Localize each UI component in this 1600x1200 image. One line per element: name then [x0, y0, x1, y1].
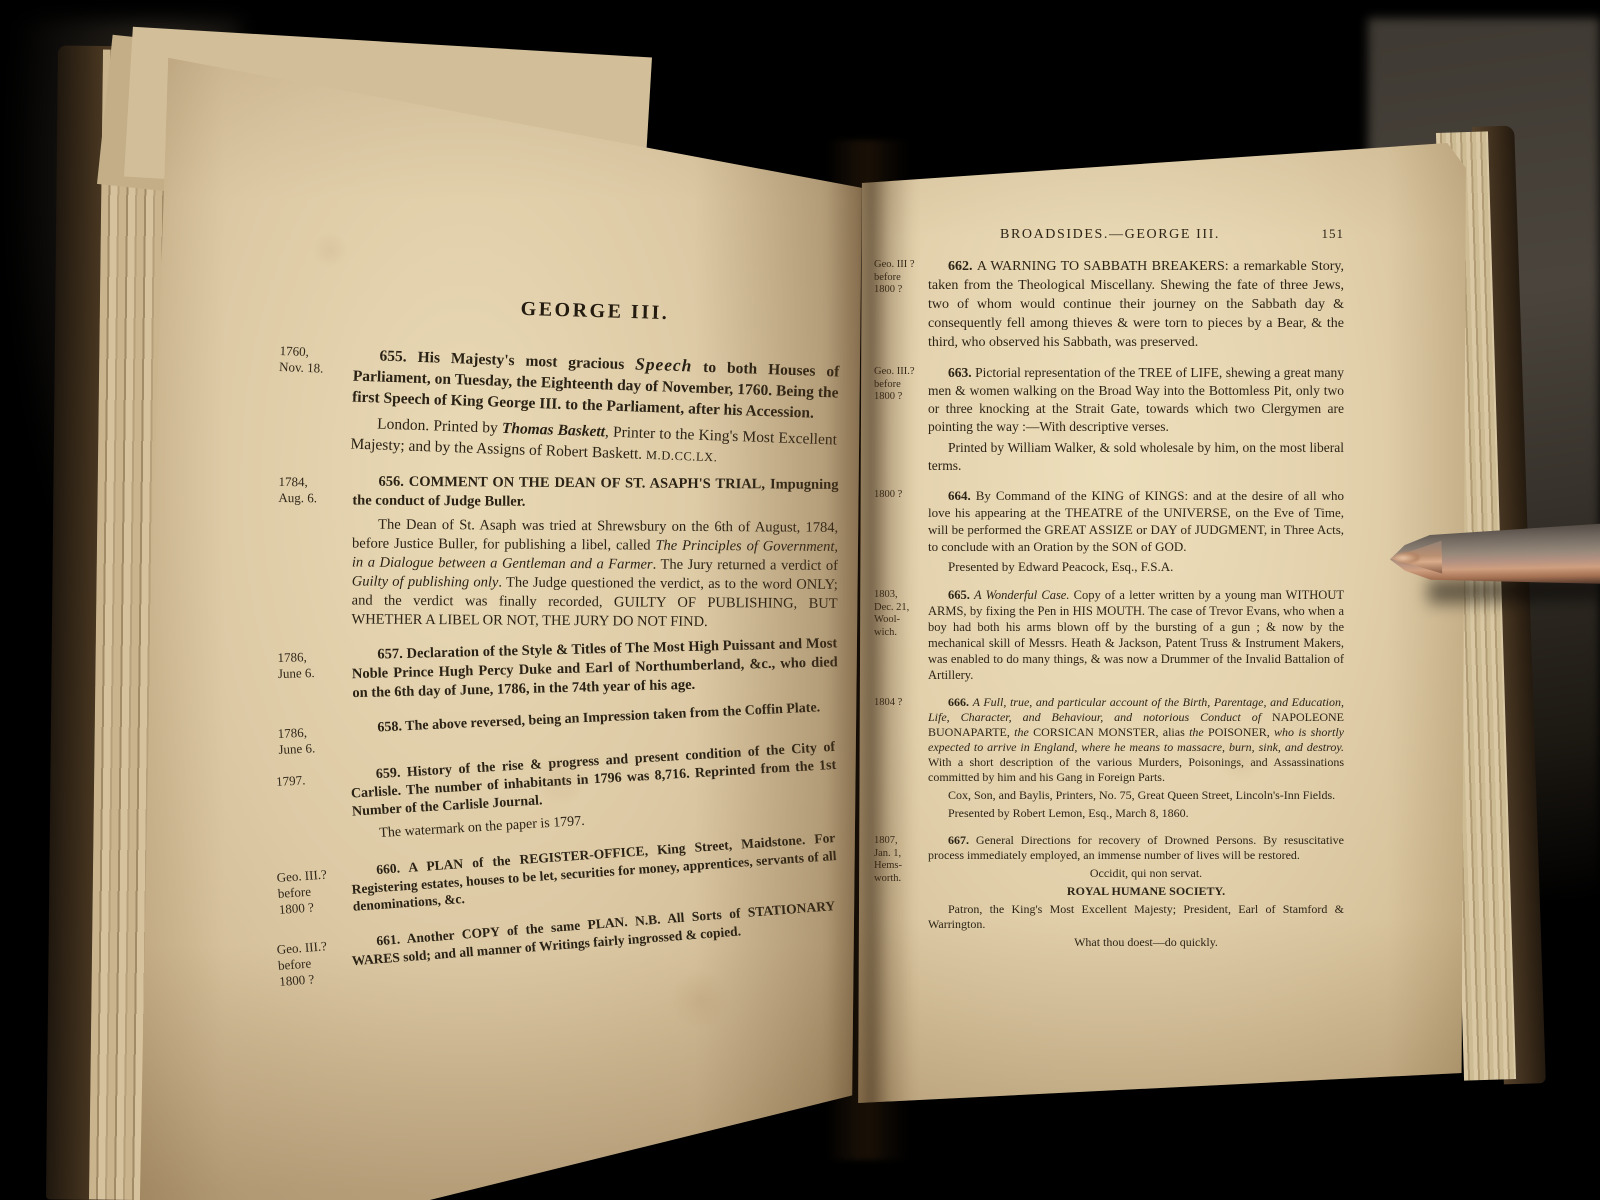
entry-margin-date: 1797. — [276, 768, 345, 854]
margin-line: 1800 ? — [278, 898, 343, 918]
text-segment: 655. — [379, 348, 418, 366]
margin-line: 1784, — [278, 474, 342, 490]
text-segment: , Printer to the King's Most Excellent M… — [350, 423, 837, 462]
catalog-entry: 1803,Dec. 21,Wool-wich. 665. A Wonderful… — [874, 587, 1344, 686]
text-segment: who is shortly expected to arrive in Eng… — [928, 725, 1344, 754]
text-segment: With a short description of the various … — [928, 755, 1344, 784]
text-segment: Presented by Robert Lemon, Esq., March 8… — [948, 806, 1189, 820]
text-segment: Printed by William Walker, & sold wholes… — [928, 440, 1344, 473]
text-segment: The watermark on the paper is 1797. — [379, 814, 585, 841]
text-segment: 662. — [948, 259, 977, 274]
text-segment: CORSICAN MONSTER, alias — [1029, 725, 1189, 739]
entry-body: 666. A Full, true, and particular accoun… — [928, 695, 1344, 824]
entry-paragraph: 659. History of the rise & progress and … — [349, 739, 837, 822]
entry-paragraph: 655. His Majesty's most gracious Speech … — [352, 344, 840, 425]
section-heading: GEORGE III. — [352, 293, 838, 330]
book-photograph: GEORGE III. 1760,Nov. 18. 655. His Majes… — [0, 0, 1600, 1200]
text-segment: General Directions for recovery of Drown… — [928, 833, 1344, 862]
text-segment: to both Houses of Parliament, on Tuesday… — [352, 358, 840, 421]
entry-body: 662. A WARNING TO SABBATH BREAKERS: a re… — [928, 257, 1344, 355]
running-header-row: BROADSIDES.—GEORGE III. 151 — [874, 226, 1344, 243]
entry-paragraph: 658. The above reversed, being an Impres… — [351, 699, 837, 739]
entry-paragraph: 667. General Directions for recovery of … — [928, 833, 1344, 863]
text-segment: By Command of the KING of KINGS: and at … — [928, 488, 1344, 554]
text-segment: The Dean of St. Asaph was tried at Shrew… — [352, 517, 838, 554]
entry-paragraph: Occidit, qui non servat. — [928, 866, 1344, 881]
entry-paragraph: 661. Another COPY of the same PLAN. N.B.… — [350, 897, 837, 969]
entry-margin-date: Geo. III.?before1800 ? — [276, 935, 344, 990]
margin-line: 1786, — [277, 723, 342, 742]
entry-margin-date: 1784,Aug. 6. — [277, 472, 342, 634]
text-segment: ROYAL HUMANE SOCIETY. — [1067, 884, 1225, 898]
entry-paragraph: The Dean of St. Asaph was tried at Shrew… — [351, 516, 838, 633]
text-segment: 656. COMMENT ON THE DEAN OF ST. ASAPH'S … — [352, 474, 838, 510]
entry-body: 656. COMMENT ON THE DEAN OF ST. ASAPH'S … — [351, 473, 838, 638]
text-segment: 661. Another COPY of the same PLAN. N.B.… — [351, 898, 835, 968]
margin-line: before — [277, 953, 342, 974]
entry-paragraph: 656. COMMENT ON THE DEAN OF ST. ASAPH'S … — [352, 473, 838, 514]
text-segment: A Wonderful Case. — [974, 588, 1069, 602]
catalog-entry: 1786,June 6. 657. Declaration of the Sty… — [277, 634, 838, 710]
entry-paragraph: London. Printed by Thomas Baskett, Print… — [350, 413, 837, 473]
catalog-entry: Geo. III.?before1800 ? 663. Pictorial re… — [874, 364, 1344, 478]
entry-paragraph: 665. A Wonderful Case. Copy of a letter … — [928, 587, 1344, 683]
page-number: 151 — [1300, 226, 1344, 242]
entry-margin-date: 1786,June 6. — [277, 721, 342, 758]
text-segment: 659. History of the rise & progress and … — [351, 740, 837, 820]
right-page-text: BROADSIDES.—GEORGE III. 151 Geo. III ?be… — [874, 226, 1344, 962]
margin-line: Nov. 18. — [279, 359, 344, 377]
entry-body: 661. Another COPY of the same PLAN. N.B.… — [350, 897, 838, 984]
entry-paragraph: Presented by Robert Lemon, Esq., March 8… — [928, 806, 1344, 821]
text-segment: Speech — [635, 354, 693, 375]
entry-paragraph: 657. Declaration of the Style & Titles o… — [351, 634, 838, 703]
text-segment: . The Jury returned a verdict of — [653, 557, 838, 574]
text-segment: 665. — [948, 588, 974, 602]
text-segment: What thou doest—do quickly. — [1074, 935, 1218, 949]
margin-line: 1786, — [277, 648, 341, 666]
entry-body: 665. A Wonderful Case. Copy of a letter … — [928, 587, 1344, 686]
text-segment: . The Judge questioned the verdict, as t… — [351, 575, 837, 630]
entry-paragraph: 660. A PLAN of the REGISTER-OFFICE, King… — [350, 829, 838, 915]
text-segment: Pictorial representation of the TREE of … — [928, 365, 1344, 434]
entry-body: 658. The above reversed, being an Impres… — [351, 699, 838, 755]
text-segment: Cox, Son, and Baylis, Printers, No. 75, … — [948, 788, 1335, 802]
entry-body: 655. His Majesty's most gracious Speech … — [350, 344, 840, 478]
margin-line: June 6. — [278, 739, 343, 758]
text-segment: A WARNING TO SABBATH BREAKERS: a remarka… — [928, 259, 1344, 350]
margin-line: 1760, — [279, 343, 344, 361]
entry-paragraph: 662. A WARNING TO SABBATH BREAKERS: a re… — [928, 257, 1344, 352]
entry-margin-date: 1760,Nov. 18. — [276, 341, 344, 460]
entry-body: 664. By Command of the KING of KINGS: an… — [928, 487, 1344, 578]
margin-line: June 6. — [278, 664, 342, 682]
right-page: BROADSIDES.—GEORGE III. 151 Geo. III ?be… — [852, 118, 1474, 1118]
margin-line: 1797. — [276, 770, 341, 790]
entry-paragraph: What thou doest—do quickly. — [928, 935, 1344, 950]
text-segment: 663. — [948, 365, 975, 380]
running-header: BROADSIDES.—GEORGE III. — [928, 227, 1292, 243]
entry-paragraph: 663. Pictorial representation of the TRE… — [928, 364, 1344, 436]
catalog-entry: Geo. III.?before1800 ? 660. A PLAN of th… — [276, 829, 839, 925]
entry-margin-date: 1786,June 6. — [277, 646, 342, 710]
right-page-entries: Geo. III ?before1800 ? 662. A WARNING TO… — [874, 257, 1344, 953]
entry-paragraph: Patron, the King's Most Excellent Majest… — [928, 902, 1344, 932]
text-segment: Guilty of publishing only — [352, 574, 499, 591]
catalog-entry: Geo. III ?before1800 ? 662. A WARNING TO… — [874, 257, 1344, 355]
entry-paragraph: 666. A Full, true, and particular accoun… — [928, 695, 1344, 785]
entry-paragraph: ROYAL HUMANE SOCIETY. — [928, 884, 1344, 899]
text-segment: NAPOLEONE BUONAPARTE, — [928, 710, 1344, 739]
margin-line: Aug. 6. — [278, 490, 342, 506]
text-segment: M.D.CC.LX. — [646, 448, 718, 464]
left-page: GEORGE III. 1760,Nov. 18. 655. His Majes… — [128, 38, 873, 1200]
text-segment: Presented by Edward Peacock, Esq., F.S.A… — [948, 559, 1173, 574]
entry-paragraph: Printed by William Walker, & sold wholes… — [928, 439, 1344, 475]
text-segment: London. Printed by — [377, 415, 502, 436]
entry-paragraph: The watermark on the paper is 1797. — [353, 798, 839, 845]
entry-paragraph: Presented by Edward Peacock, Esq., F.S.A… — [928, 558, 1344, 575]
catalog-entry: 1760,Nov. 18. 655. His Majesty's most gr… — [276, 341, 840, 477]
left-page-entries: 1760,Nov. 18. 655. His Majesty's most gr… — [278, 341, 838, 990]
text-segment: A Full, true, and particular account of … — [928, 695, 1344, 724]
gutter-shadow — [826, 140, 910, 1160]
entry-paragraph: Cox, Son, and Baylis, Printers, No. 75, … — [928, 788, 1344, 803]
entry-paragraph: 664. By Command of the KING of KINGS: an… — [928, 487, 1344, 555]
text-segment: 660. A PLAN of the REGISTER-OFFICE, King… — [351, 830, 837, 914]
catalog-entry: 1804 ? 666. A Full, true, and particular… — [874, 695, 1344, 824]
text-segment: 658. The above reversed, being an Impres… — [377, 700, 820, 735]
text-segment: 666. — [948, 695, 973, 709]
margin-line: Geo. III.? — [276, 937, 341, 958]
text-segment: Occidit, qui non servat. — [1090, 866, 1202, 880]
text-segment: 667. — [948, 833, 976, 847]
text-segment: the — [1014, 725, 1029, 739]
catalog-entry: 1800 ? 664. By Command of the KING of KI… — [874, 487, 1344, 578]
entry-body: 660. A PLAN of the REGISTER-OFFICE, King… — [350, 829, 839, 920]
entry-margin-date: Geo. III.?before1800 ? — [276, 864, 344, 926]
catalog-entry: 1807,Jan. 1,Hems-worth. 667. General Dir… — [874, 833, 1344, 953]
margin-line: before — [277, 882, 342, 902]
text-segment: His Majesty's most gracious — [417, 349, 635, 374]
margin-line: Geo. III.? — [276, 866, 341, 886]
entry-body: 663. Pictorial representation of the TRE… — [928, 364, 1344, 478]
catalog-entry: Geo. III.?before1800 ? 661. Another COPY… — [276, 897, 838, 990]
text-segment: the — [1189, 725, 1204, 739]
text-segment: 664. — [948, 488, 976, 503]
entry-body: 659. History of the rise & progress and … — [349, 739, 839, 850]
entry-body: 657. Declaration of the Style & Titles o… — [351, 634, 838, 708]
catalog-entry: 1797. 659. History of the rise & progres… — [276, 739, 840, 854]
entry-body: 667. General Directions for recovery of … — [928, 833, 1344, 953]
metal-pen-pointer — [1389, 522, 1600, 590]
left-page-text: GEORGE III. 1760,Nov. 18. 655. His Majes… — [278, 300, 838, 1004]
text-segment: Copy of a letter written by a young man … — [928, 588, 1344, 682]
text-segment: Thomas Baskett — [502, 420, 606, 441]
text-segment: The Principles of Government, in a Dialo… — [352, 538, 838, 573]
catalog-entry: 1784,Aug. 6. 656. COMMENT ON THE DEAN OF… — [277, 472, 838, 638]
text-segment: 657. Declaration of the Style & Titles o… — [352, 635, 838, 701]
margin-line: 1800 ? — [279, 969, 344, 990]
catalog-entry: 1786,June 6. 658. The above reversed, be… — [277, 699, 838, 758]
text-segment: Patron, the King's Most Excellent Majest… — [928, 902, 1344, 931]
text-segment: POISONER, — [1204, 725, 1274, 739]
